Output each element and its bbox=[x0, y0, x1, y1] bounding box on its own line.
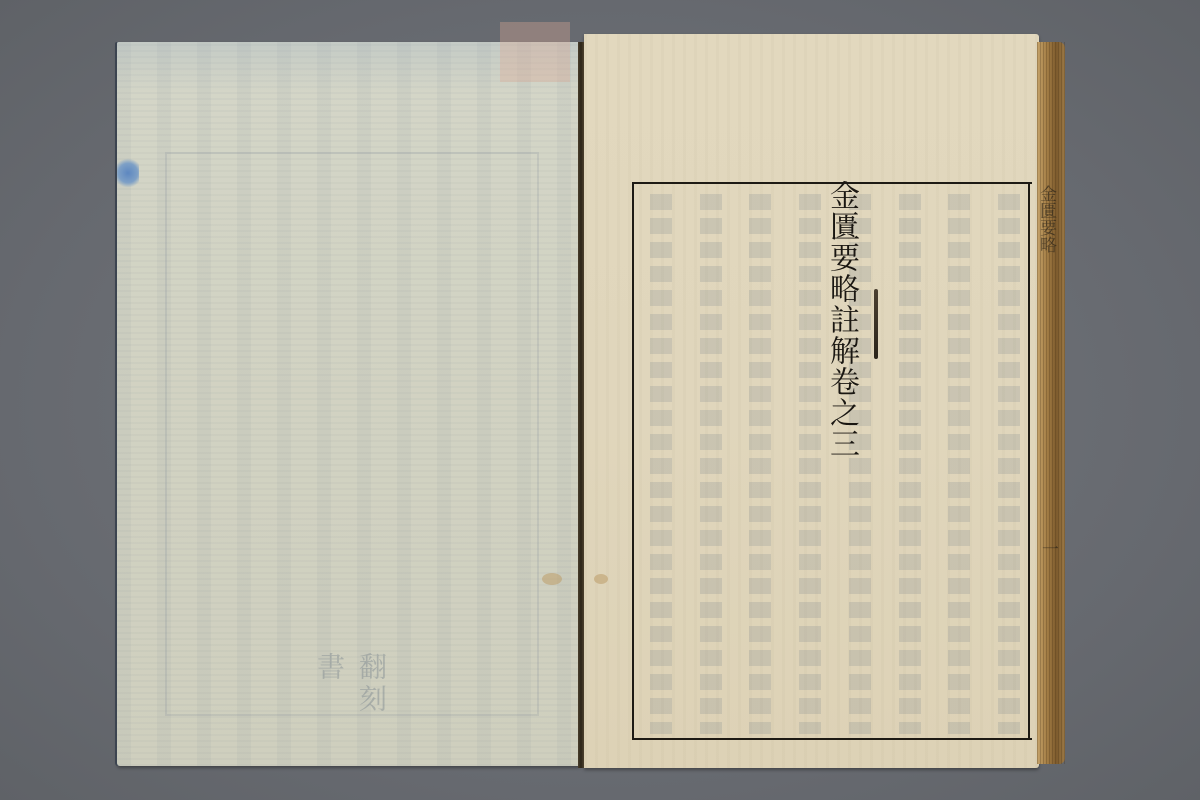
ghost-column bbox=[899, 194, 921, 734]
volume-title: 金匱要略註解卷之三 bbox=[824, 180, 858, 459]
open-book: 翻刻書 金匱要略註解卷之三 金匱要略 一 bbox=[0, 0, 1200, 800]
left-page-show-through-frame bbox=[165, 152, 539, 716]
ghost-column bbox=[650, 194, 672, 734]
handwritten-ink-mark bbox=[874, 289, 878, 359]
left-page-repair-patch bbox=[500, 22, 570, 82]
ghost-column bbox=[998, 194, 1020, 734]
ghost-column bbox=[749, 194, 771, 734]
blue-ink-spot bbox=[117, 157, 139, 189]
left-page: 翻刻書 bbox=[117, 42, 580, 766]
ghost-column bbox=[700, 194, 722, 734]
ghost-column bbox=[948, 194, 970, 734]
fore-edge-title: 金匱要略 bbox=[1036, 185, 1056, 253]
left-page-show-through-stamp: 翻刻書 bbox=[262, 652, 392, 732]
fore-edge-page-number: 一 bbox=[1036, 540, 1061, 557]
page-block-edge bbox=[1037, 42, 1065, 764]
ghost-column bbox=[799, 194, 821, 734]
paper-stain bbox=[594, 574, 608, 584]
paper-stain bbox=[542, 573, 562, 585]
right-page: 金匱要略註解卷之三 bbox=[584, 34, 1039, 768]
